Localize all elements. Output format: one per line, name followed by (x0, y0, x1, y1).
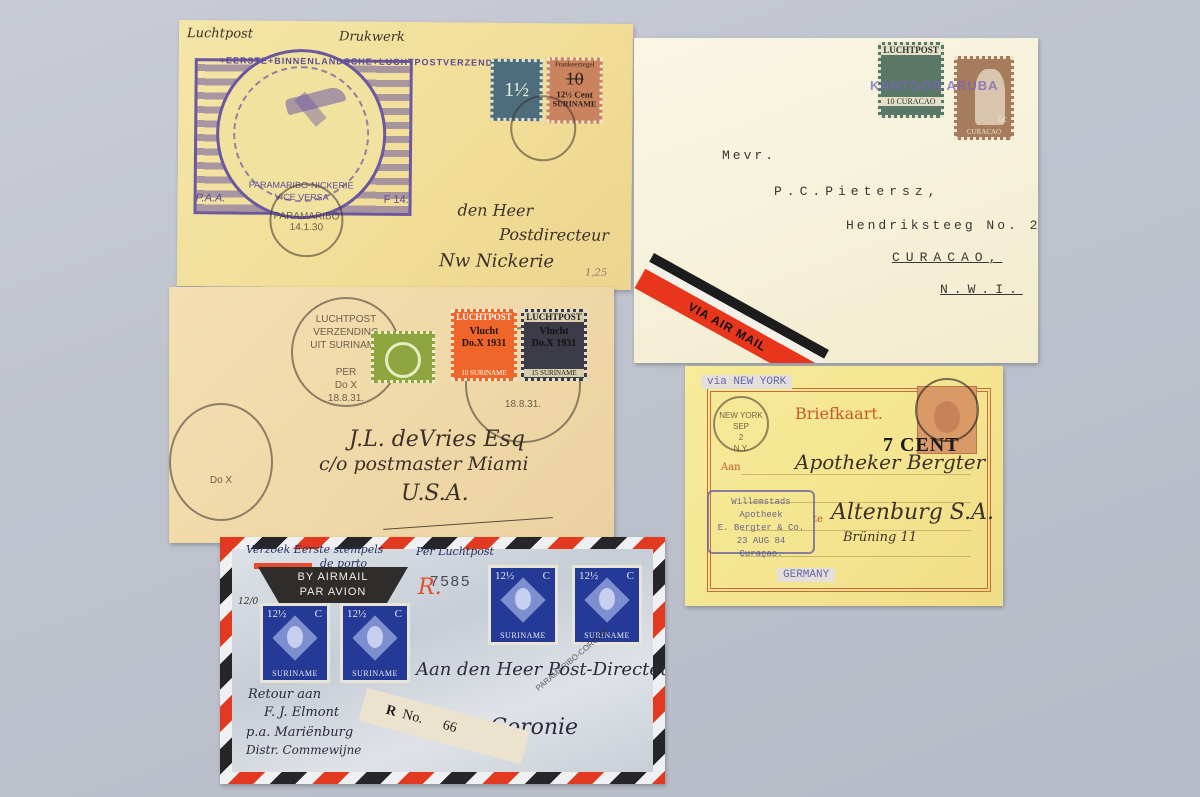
postmark-circle (510, 95, 577, 162)
cachet-ring-text: +EERSTE+BINNENLANDSCHE+LUCHTPOSTVERZENDI… (220, 55, 384, 66)
address-country: N.W.I. (940, 282, 1023, 297)
address-city: Altenburg S.A. (831, 500, 994, 525)
by-airmail-badge: BY AIRMAIL PAR AVION (258, 567, 408, 603)
address-line-3: Nw Nickerie (439, 250, 554, 272)
postmark-paramaribo: PARAMARIBO 14.1.30 (269, 183, 344, 258)
address-line-1: den Heer (457, 200, 533, 220)
address-name: Apotheker Bergter (795, 450, 985, 474)
cancel-circle (915, 378, 979, 442)
address-city: CURACAO, (892, 250, 1002, 265)
stamp-luchtpost-15-dox: LUCHTPOST Vlucht Do.X 1931 15 SURINAME (521, 309, 587, 381)
handwriting-luchtpost: Per Luchtpost (416, 545, 494, 558)
return-line-2: F. J. Elmont (264, 705, 339, 720)
cancel-kantoor-aruba: KANTOOR ARUBA (870, 78, 999, 93)
via-air-mail-label: VIA AIR MAIL (634, 253, 829, 363)
cover-curacao-airmail: LUCHTPOST 10 CURACAO 6c CURACAO KANTOOR … (634, 38, 1038, 363)
handwriting-luchtpost: Luchtpost (187, 26, 253, 42)
return-line-4: Distr. Commewijne (246, 743, 361, 757)
stamp-suriname-3: 12½CSURINAME (488, 565, 558, 645)
address-care-of: c/o postmaster Miami (319, 453, 529, 475)
return-line-3: p.a. Mariënburg (246, 725, 353, 740)
cachet-paa: P.A.A. (196, 192, 226, 204)
address-line-2: Postdirecteur (499, 225, 609, 245)
address-street: Hendriksteeg No. 25, (846, 218, 1038, 233)
germany-label: GERMANY (777, 568, 835, 582)
address-street: Brüning 11 (843, 530, 917, 545)
handwriting-drukwerk: Drukwerk (339, 29, 405, 45)
margin-note: 12/0 (238, 597, 258, 607)
return-line-1: Retour aan (248, 687, 321, 702)
handwriting-request: Verzoek Eerste stempels (246, 543, 383, 556)
card-title: Briefkaart. (795, 404, 883, 423)
address-mevr: Mevr. (722, 148, 776, 163)
cover-registered-airmail: Verzoek Eerste stempels Per Luchtpost de… (220, 537, 665, 784)
address-name: P.C.Pietersz, (774, 184, 940, 199)
postmark-dox-3: Do X (169, 403, 273, 521)
cachet-f14: F 14. (384, 194, 409, 206)
address-country: U.S.A. (401, 481, 469, 506)
stamp-suriname-1: 12½CSURINAME (260, 603, 330, 683)
cover-briefkaart: via NEW YORK NEW YORK SEP 2 N.Y. Briefka… (685, 366, 1003, 606)
underline (383, 517, 553, 530)
postmark-new-york: NEW YORK SEP 2 N.Y. (713, 396, 769, 452)
stamp-luchtpost-10-dox: LUCHTPOST Vlucht Do.X 1931 10 SURINAME (451, 309, 517, 381)
stamp-6c-curacao: 6c CURACAO (954, 56, 1014, 140)
stamp-suriname-2: 12½CSURINAME (340, 603, 410, 683)
cover-dox-flight: LUCHTPOST VERZENDING UIT SURINAME PER Do… (169, 287, 614, 543)
via-new-york-label: via NEW YORK (701, 375, 792, 389)
pencil-price: 1,25 (585, 268, 607, 279)
address-line-1: Aan den Heer Post-Directeur (416, 659, 665, 680)
aan-label: Aan (721, 462, 741, 473)
cover-first-flight-suriname: Luchtpost Drukwerk +EERSTE+BINNENLANDSCH… (177, 20, 633, 290)
address-name: J.L. deVries Esq (349, 427, 525, 452)
stamp-green-suriname (371, 331, 435, 383)
sender-handstamp: Willemstads Apotheek E. Bergter & Co. 23… (707, 490, 815, 554)
registration-mark: R. (418, 575, 442, 600)
